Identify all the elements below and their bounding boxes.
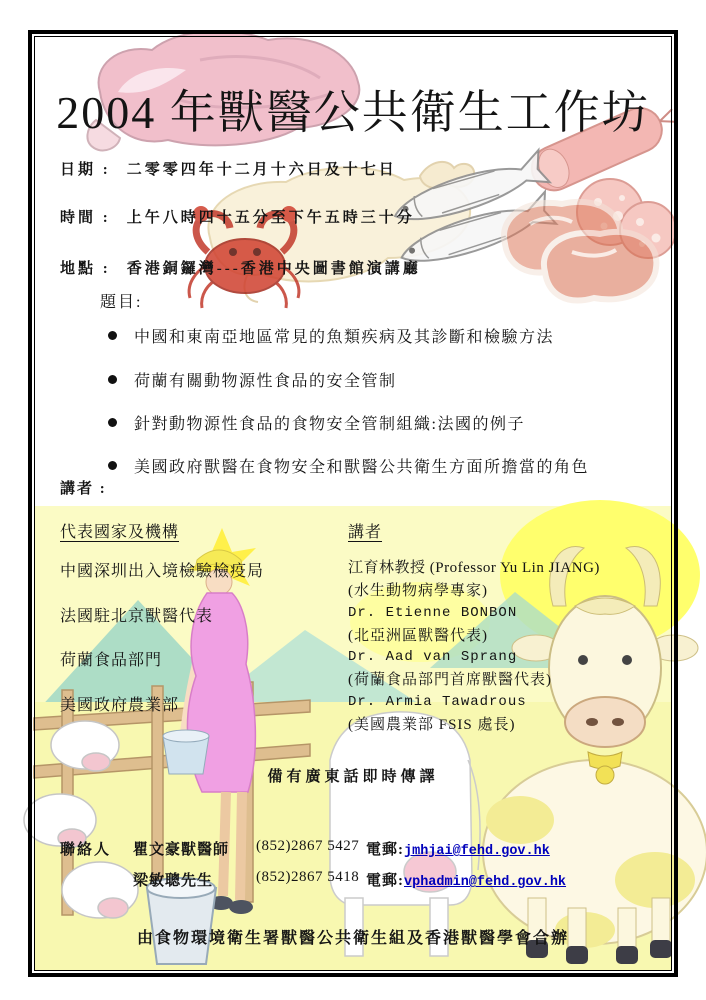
- date-row: 日期 :二零零四年十二月十六日及十七日: [60, 158, 397, 179]
- venue-label: 地點 :: [60, 261, 111, 277]
- topic-text: 美國政府獸醫在食物安全和獸醫公共衛生方面所擔當的角色: [134, 459, 589, 476]
- venue-row: 地點 :香港銅鑼灣---香港中央圖書館演講廳: [60, 257, 421, 278]
- topic-item: 中國和東南亞地區常見的魚類疾病及其診斷和檢驗方法: [108, 324, 554, 347]
- date-label: 日期 :: [60, 162, 111, 178]
- time-row: 時間 :上午八時四十五分至下午五時三十分: [60, 206, 415, 227]
- contact-label: 聯絡人: [60, 838, 111, 859]
- topic-item: 荷蘭有關動物源性食品的安全管制: [108, 368, 397, 391]
- topic-item: 針對動物源性食品的食物安全管制組織:法國的例子: [108, 411, 525, 434]
- column-header-organisation: 代表國家及機構: [60, 519, 179, 542]
- speaker-name: Dr. Etienne BONBON: [348, 602, 517, 625]
- speaker-cell: Dr. Etienne BONBON (北亞洲區獸醫代表): [348, 602, 517, 648]
- topic-item: 美國政府獸醫在食物安全和獸醫公共衛生方面所擔當的角色: [108, 454, 589, 477]
- speaker-title: (美國農業部 FSIS 處長): [348, 714, 527, 737]
- time-value: 上午八時四十五分至下午五時三十分: [127, 210, 415, 226]
- speaker-title: (水生動物病學專家): [348, 580, 600, 603]
- topic-text: 中國和東南亞地區常見的魚類疾病及其診斷和檢驗方法: [134, 329, 554, 346]
- date-value: 二零零四年十二月十六日及十七日: [127, 162, 397, 178]
- organisation-cell: 法國駐北京獸醫代表: [60, 603, 213, 626]
- topic-text: 荷蘭有關動物源性食品的安全管制: [134, 373, 397, 390]
- organisation-cell: 中國深圳出入境檢驗檢疫局: [60, 558, 264, 581]
- bullet-icon: [108, 331, 117, 340]
- speakers-heading: 講者 :: [60, 477, 107, 498]
- column-header-speaker: 講者: [348, 519, 382, 542]
- contact-email: 電郵:jmhjai@fehd.gov.hk: [366, 838, 550, 859]
- venue-value: 香港銅鑼灣---香港中央圖書館演講廳: [127, 261, 421, 277]
- time-label: 時間 :: [60, 210, 111, 226]
- organisers-footer: 由食物環境衛生署獸醫公共衛生組及香港獸醫學會合辦: [0, 925, 706, 948]
- speaker-name: Dr. Aad van Sprang: [348, 646, 552, 669]
- speaker-title: (北亞洲區獸醫代表): [348, 625, 517, 648]
- bullet-icon: [108, 375, 117, 384]
- contact-phone: (852)2867 5427: [256, 838, 359, 855]
- topic-text: 針對動物源性食品的食物安全管制組織:法國的例子: [134, 416, 525, 433]
- contact-name: 梁敏聰先生: [133, 869, 213, 890]
- speaker-cell: 江育林教授 (Professor Yu Lin JIANG) (水生動物病學專家…: [348, 557, 600, 603]
- speaker-name: Dr. Armia Tawadrous: [348, 691, 527, 714]
- bullet-icon: [108, 461, 117, 470]
- organisation-cell: 美國政府農業部: [60, 692, 179, 715]
- email-label: 電郵:: [366, 873, 404, 889]
- email-link[interactable]: vphadmin@fehd.gov.hk: [404, 875, 566, 890]
- page-title: 2004 年獸醫公共衛生工作坊: [0, 76, 706, 142]
- organisation-cell: 荷蘭食品部門: [60, 647, 162, 670]
- topics-heading: 題目:: [100, 289, 142, 312]
- contact-name: 瞿文豪獸醫師: [133, 838, 229, 859]
- contact-email: 電郵:vphadmin@fehd.gov.hk: [366, 869, 566, 890]
- speaker-cell: Dr. Aad van Sprang (荷蘭食品部門首席獸醫代表): [348, 646, 552, 692]
- speaker-title: (荷蘭食品部門首席獸醫代表): [348, 669, 552, 692]
- speaker-name: 江育林教授 (Professor Yu Lin JIANG): [348, 557, 600, 580]
- bullet-icon: [108, 418, 117, 427]
- workshop-flyer: 2004 年獸醫公共衛生工作坊 日期 :二零零四年十二月十六日及十七日 時間 :…: [0, 0, 706, 1000]
- email-link[interactable]: jmhjai@fehd.gov.hk: [404, 844, 550, 859]
- contact-phone: (852)2867 5418: [256, 869, 359, 886]
- speaker-cell: Dr. Armia Tawadrous (美國農業部 FSIS 處長): [348, 691, 527, 737]
- email-label: 電郵:: [366, 842, 404, 858]
- interpretation-note: 備有廣東話即時傳譯: [0, 765, 706, 786]
